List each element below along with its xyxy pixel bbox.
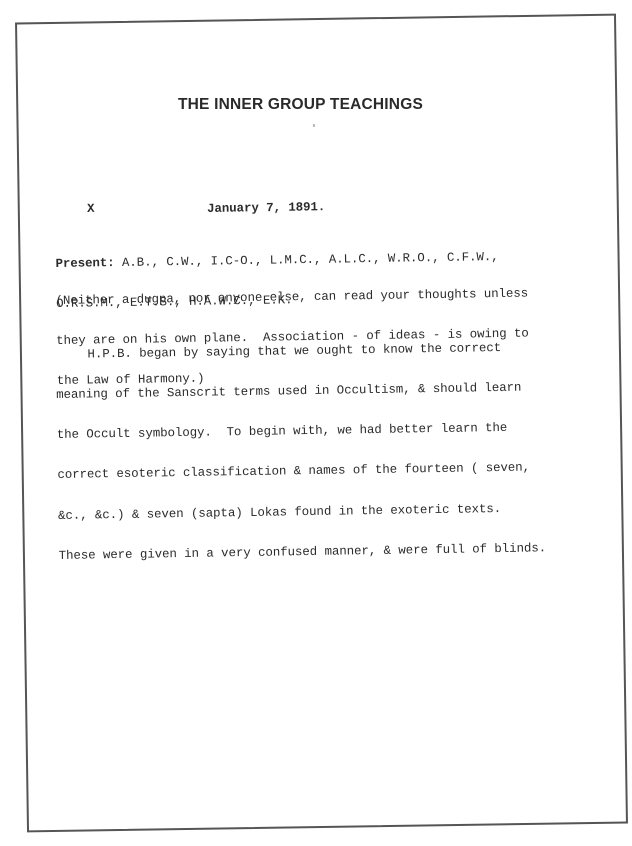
paragraph-line: meaning of the Sanscrit terms used in Oc… — [56, 381, 544, 402]
document-title: THE INNER GROUP TEACHINGS — [178, 96, 423, 114]
paragraph-line: (Neither a dugpa, nor anyone else, can r… — [55, 287, 528, 308]
paragraph-line: These were given in a very confused mann… — [59, 542, 547, 563]
paragraph-line: &c., &c.) & seven (sapta) Lokas found in… — [58, 502, 546, 523]
paragraph-line: correct esoteric classification & names … — [57, 462, 545, 483]
session-mark: X — [87, 203, 95, 217]
paragraph-line: the Occult symbology. To begin with, we … — [57, 422, 545, 443]
session-date: January 7, 1891. — [207, 201, 325, 216]
scan-speck — [313, 124, 315, 127]
paragraph-line: H.P.B. began by saying that we ought to … — [55, 341, 543, 362]
paragraph-body: H.P.B. began by saying that we ought to … — [55, 314, 546, 576]
